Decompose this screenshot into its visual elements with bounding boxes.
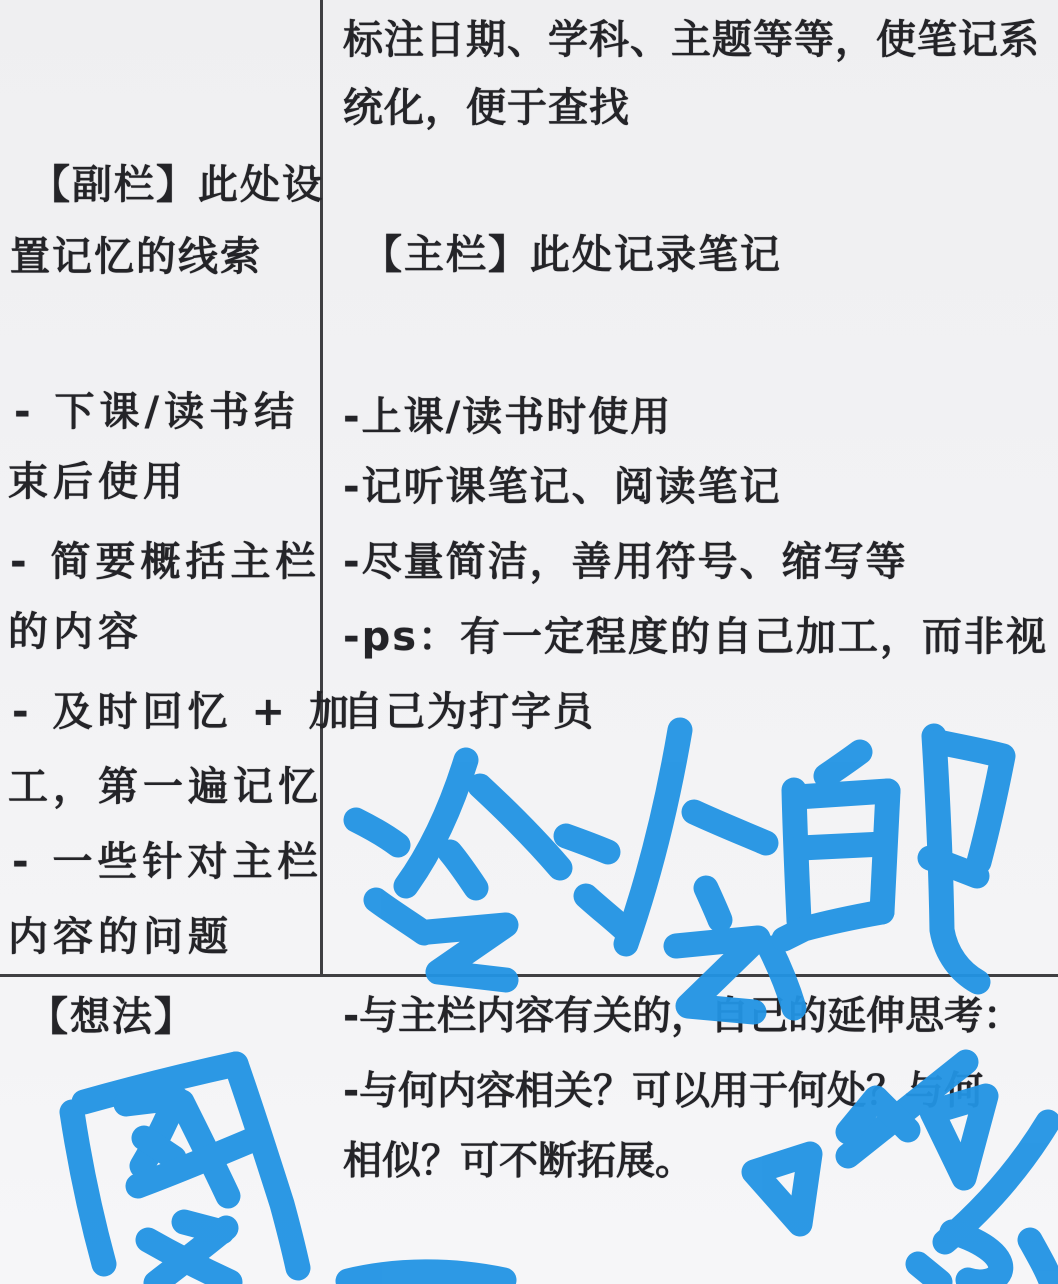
main-item-line: 自己为打字员	[343, 692, 595, 732]
top-note-line: 统化，便于查找	[343, 88, 630, 128]
ideas-line: 相似？可不断拓展。	[343, 1142, 694, 1181]
handwriting-char-de	[784, 736, 1003, 982]
cue-column-header: 【副栏】此处设	[30, 165, 324, 205]
cue-item-line: - 及时回忆 + 加	[12, 692, 354, 732]
cue-column-header: 置记忆的线索	[10, 237, 262, 277]
cue-item-line: 束后使用	[8, 462, 188, 502]
cue-item-line: - 下课/读书结	[14, 392, 299, 432]
main-item-line: -上课/读书时使用	[343, 397, 672, 437]
handwriting-char-leng-1	[356, 760, 560, 980]
column-divider	[320, 0, 323, 976]
main-column-header: 【主栏】此处记录笔记	[362, 235, 782, 275]
ideas-line: -与主栏内容有关的，自己的延伸思考：	[343, 997, 1022, 1036]
cue-item-line: - 一些针对主栏	[12, 842, 323, 882]
main-item-line: -记听课笔记、阅读笔记	[343, 467, 782, 507]
main-item-line: -尽量简洁，善用符号、缩写等	[343, 542, 908, 582]
cue-item-line: 内容的问题	[8, 917, 233, 957]
cornell-notes-page: 标注日期、学科、主题等等，使笔记系 统化，便于查找 【副栏】此处设 置记忆的线索…	[0, 0, 1058, 1284]
handwriting-char-leng-2	[566, 730, 794, 1012]
ideas-line: -与何内容相关？可以用于何处？与何	[343, 1072, 983, 1111]
cue-item-line: - 简要概括主栏	[10, 542, 321, 582]
row-divider	[0, 974, 1058, 977]
cue-item-line: 的内容	[8, 612, 143, 652]
main-item-line: -ps：有一定程度的自己加工，而非视	[343, 617, 1048, 657]
top-note-line: 标注日期、学科、主题等等，使笔记系	[343, 20, 1040, 60]
cue-item-line: 工，第一遍记忆	[8, 767, 323, 807]
ideas-row-label: 【想法】	[28, 997, 196, 1037]
